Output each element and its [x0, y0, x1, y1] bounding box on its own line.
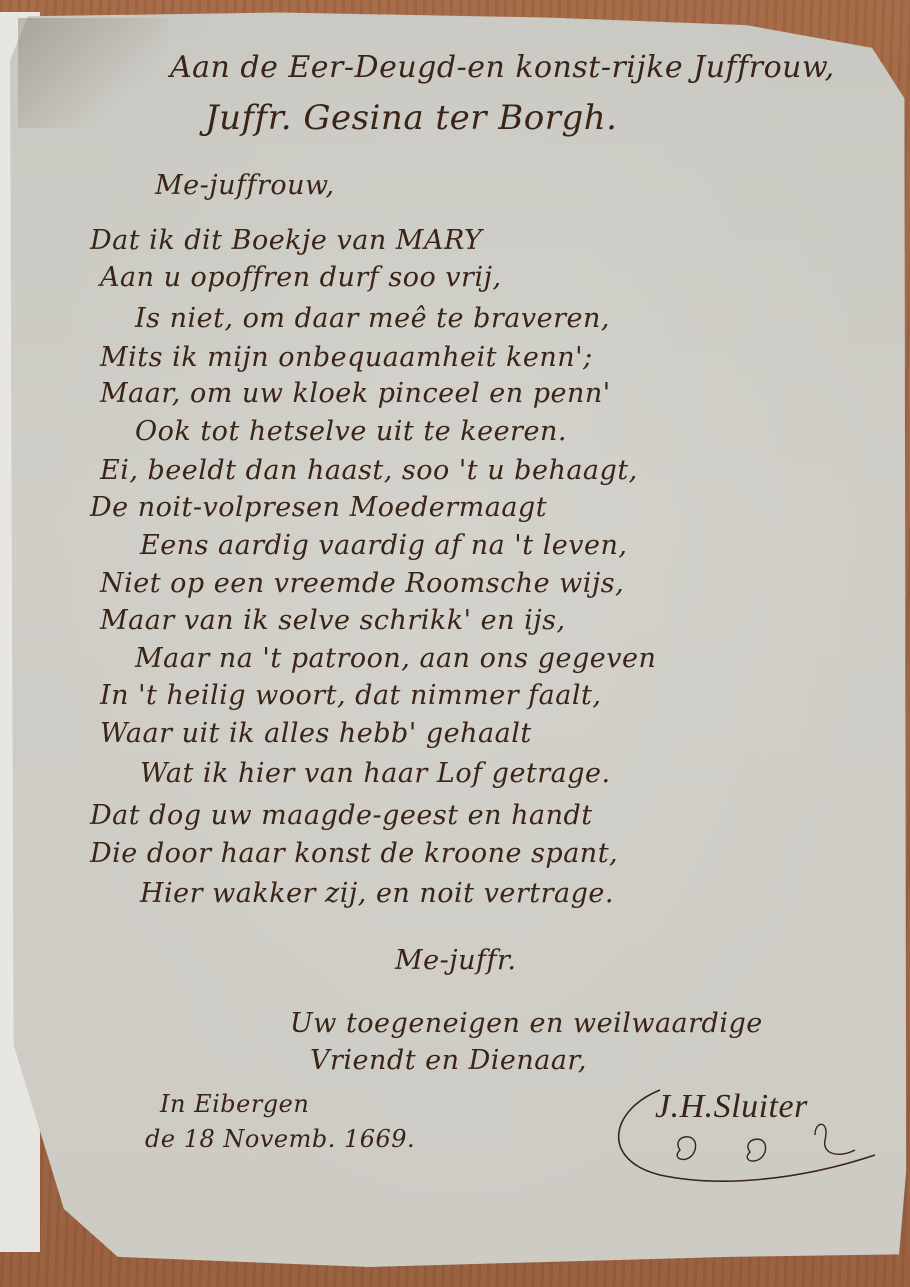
poem-line: Eens aardig vaardig af na 't leven, [140, 530, 627, 561]
closing-salutation: Me-juffr. [395, 945, 517, 976]
poem-line: Wat ik hier van haar Lof getrage. [140, 758, 611, 789]
address-line-1: Aan de Eer-Deugd-en konst-rijke Juffrouw… [170, 50, 835, 85]
poem-line: Aan u opoffren durf soo vrij, [100, 262, 502, 293]
poem-line: Niet op een vreemde Roomsche wijs, [100, 568, 624, 599]
place: In Eibergen [160, 1090, 309, 1118]
poem-line: Mits ik mijn onbequaamheit kenn'; [100, 342, 593, 373]
poem-line: Dat ik dit Boekje van MARY [90, 225, 482, 256]
poem-line: Dat dog uw maagde-geest en handt [90, 800, 593, 831]
poem-line: Maar van ik selve schrikk' en ijs, [100, 605, 566, 636]
poem-line: Die door haar konst de kroone spant, [90, 838, 618, 869]
poem-line: Hier wakker zij, en noit vertrage. [140, 878, 614, 909]
signature-flourish-icon [600, 1080, 880, 1190]
poem-line: Ook tot hetselve uit te keeren. [135, 416, 567, 447]
poem-line: Maar, om uw kloek pinceel en penn' [100, 378, 611, 409]
date: de 18 Novemb. 1669. [145, 1125, 415, 1153]
poem-line: In 't heilig woort, dat nimmer faalt, [100, 680, 601, 711]
closing-line-1: Uw toegeneigen en weilwaardige [290, 1008, 763, 1039]
salutation: Me-juffrouw, [155, 170, 335, 201]
poem-line: Ei, beeldt dan haast, soo 't u behaagt, [100, 455, 638, 486]
poem-line: Waar uit ik alles hebb' gehaalt [100, 718, 532, 749]
poem-line: Is niet, om daar meê te braveren, [135, 303, 610, 334]
poem-line: Maar na 't patroon, aan ons gegeven [135, 643, 656, 674]
address-line-2: Juffr. Gesina ter Borgh. [205, 98, 617, 138]
closing-line-2: Vriendt en Dienaar, [310, 1045, 587, 1076]
paper-stain [18, 18, 168, 128]
poem-line: De noit-volpresen Moedermaagt [90, 492, 547, 523]
